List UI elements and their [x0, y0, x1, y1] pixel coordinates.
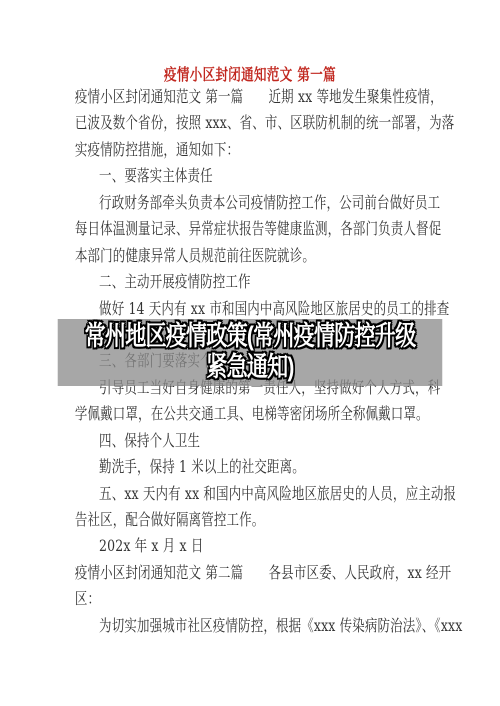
watermark-line-2: 紧急通知) — [58, 352, 443, 383]
document-page: 疫情小区封闭通知范文 第一篇 疫情小区封闭通知范文 第一篇 近期 xx 等地发生… — [0, 0, 500, 706]
document-line: 做好 14 天内有 xx 市和国内中高风险地区旅居史的员工的排查 — [75, 296, 442, 322]
document-line: 疫情小区封闭通知范文 第一篇 近期 xx 等地发生聚集性疫情， — [75, 84, 442, 110]
document-line: 二、主动开展疫情防控工作 — [75, 269, 442, 295]
document-line: 实疫情防控措施，通知如下： — [75, 137, 442, 163]
document-line: 202x 年 x 月 x 日 — [75, 533, 442, 559]
document-line: 四、保持个人卫生 — [75, 428, 442, 454]
document-line: 区： — [75, 586, 442, 612]
page-title: 疫情小区封闭通知范文 第一篇 — [0, 62, 500, 85]
document-line: 告社区，配合做好隔离管控工作。 — [75, 507, 442, 533]
document-line: 行政财务部牵头负责本公司疫情防控工作，公司前台做好员工 — [75, 190, 442, 216]
watermark-overlay: 常州地区疫情政策(常州疫情防控升级 紧急通知) — [58, 319, 443, 386]
document-line: 本部门的健康异常人员规范前往医院就诊。 — [75, 243, 442, 269]
document-line: 疫情小区封闭通知范文 第二篇 各县市区委、人民政府，xx 经开 — [75, 560, 442, 586]
document-line: 已波及数个省份，按照 xxx、省、市、区联防机制的统一部署，为落 — [75, 110, 442, 136]
document-line: 每日体温测量记录、异常症状报告等健康监测，各部门负责人督促 — [75, 216, 442, 242]
document-line: 学佩戴口罩，在公共交通工具、电梯等密闭场所全称佩戴口罩。 — [75, 401, 442, 427]
document-line: 五、xx 天内有 xx 和国内中高风险地区旅居史的人员，应主动报 — [75, 481, 442, 507]
document-line: 勤洗手，保持 1 米以上的社交距离。 — [75, 454, 442, 480]
watermark-line-1: 常州地区疫情政策(常州疫情防控升级 — [58, 321, 443, 352]
document-line: 一、要落实主体责任 — [75, 163, 442, 189]
document-line: 为切实加强城市社区疫情防控，根据《xxx 传染病防治法》、《xxx — [75, 613, 442, 639]
